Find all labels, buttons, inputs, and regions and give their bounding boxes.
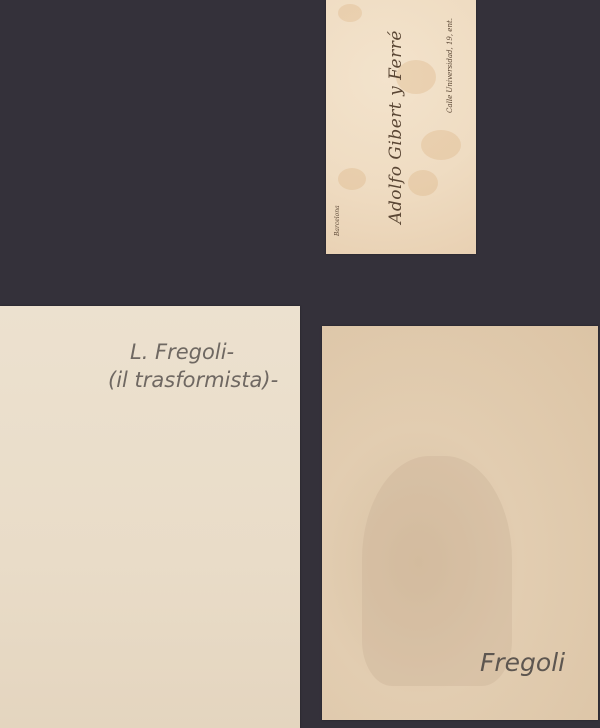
card-address: Calle Universidad, 19, ent. bbox=[446, 18, 454, 113]
handwritten-label: Fregoli bbox=[480, 648, 565, 677]
left-sheet: L. Fregoli- (il trasformista)- bbox=[0, 306, 300, 728]
card-name: Adolfo Gibert y Ferré bbox=[386, 0, 406, 254]
handwritten-name: L. Fregoli- bbox=[130, 340, 234, 364]
card-text-block: Adolfo Gibert y Ferré Calle Universidad,… bbox=[326, 0, 476, 254]
card-city: Barcelona bbox=[334, 205, 341, 236]
right-sheet: Fregoli bbox=[322, 326, 598, 720]
handwritten-subtitle: (il trasformista)- bbox=[108, 368, 278, 392]
visiting-card: Adolfo Gibert y Ferré Calle Universidad,… bbox=[326, 0, 476, 254]
